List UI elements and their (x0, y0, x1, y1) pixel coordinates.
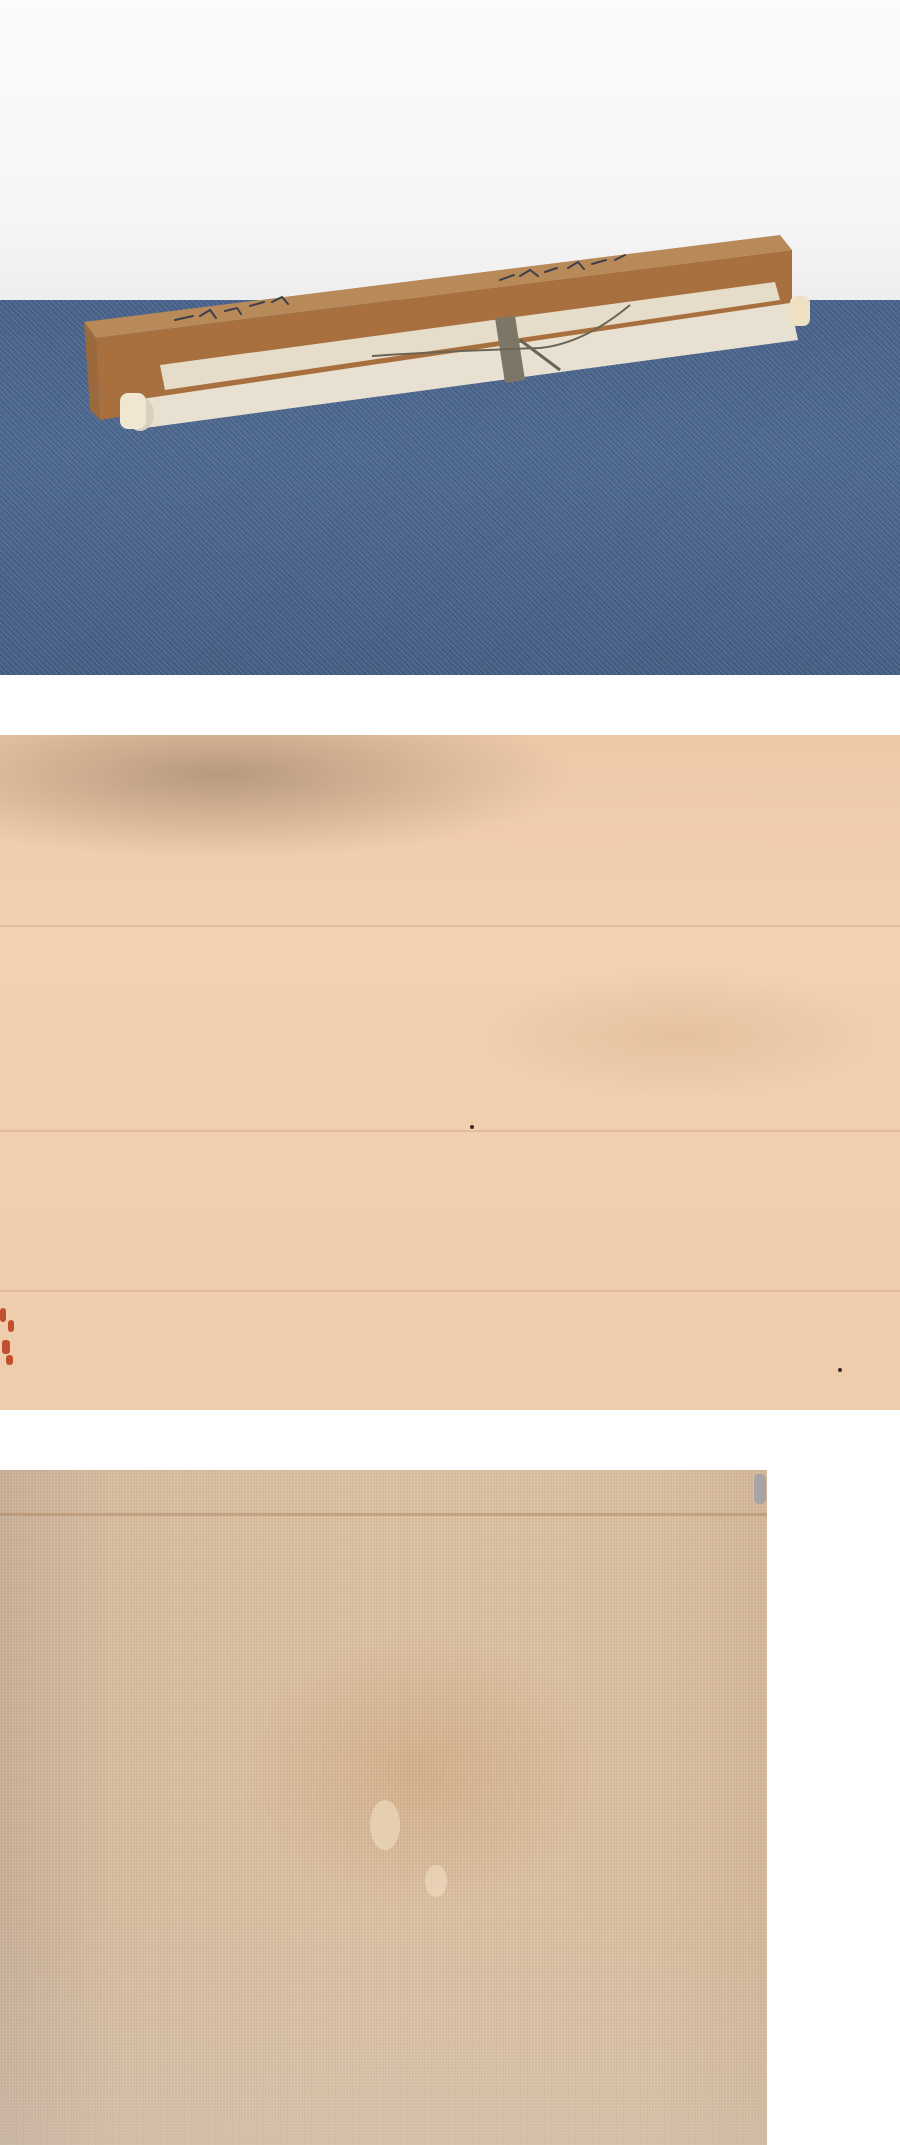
photo-scroll-in-box (0, 0, 900, 675)
roller-end-right (790, 296, 810, 326)
water-stain (370, 1800, 400, 1850)
red-seal-mark (8, 1320, 14, 1332)
spacer (0, 675, 900, 735)
ink-speck (838, 1368, 842, 1372)
ink-speck (470, 1125, 474, 1129)
roller-end-left (120, 393, 146, 429)
roller-rod (754, 1474, 766, 1504)
red-seal-mark (6, 1355, 13, 1365)
water-stain (425, 1865, 447, 1897)
spacer (0, 1410, 900, 1470)
silk-seam (0, 1513, 767, 1516)
photo-silk-detail (0, 1470, 900, 2145)
scroll-and-box-illustration (0, 0, 900, 675)
photo-paper-detail (0, 735, 900, 1410)
red-seal-mark (2, 1340, 10, 1354)
red-seal-mark (0, 1308, 6, 1322)
